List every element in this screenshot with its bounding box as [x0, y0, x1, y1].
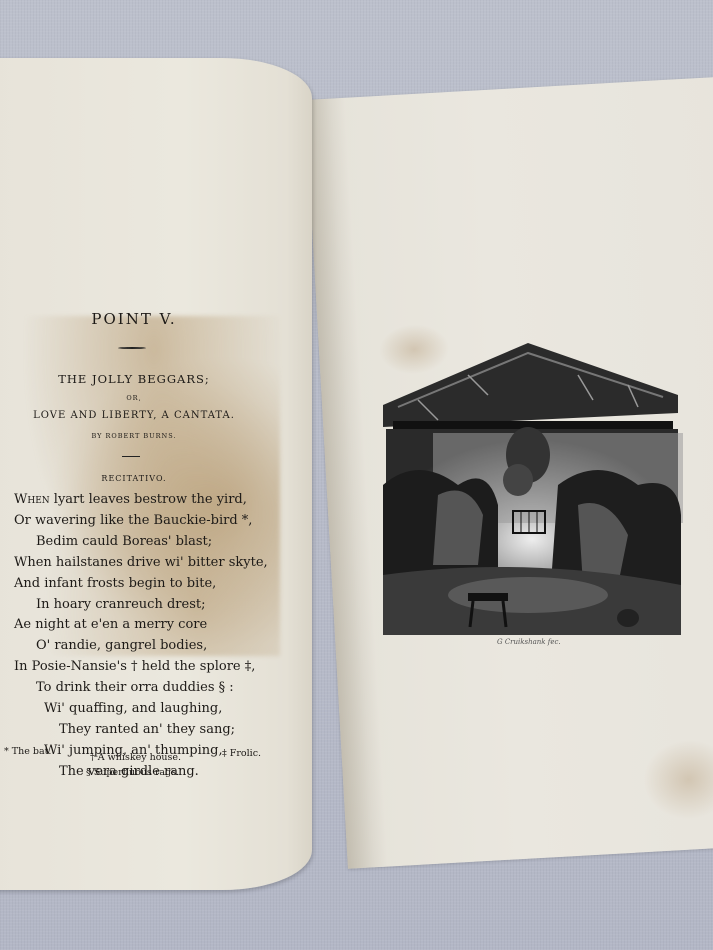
short-rule [122, 456, 140, 457]
verse-line: Or wavering like the Bauckie-bird *, [14, 511, 304, 532]
verse-line: When hailstanes drive wi' bitter skyte, [14, 553, 304, 574]
engraver-signature: G Cruikshank fec. [497, 638, 561, 646]
footnote-rags: § Superfluous rags. [86, 767, 179, 778]
foxing-stain [641, 737, 713, 822]
footnote-frolic: ‡ Frolic. [222, 748, 261, 759]
section-title: POINT V. [0, 310, 268, 328]
verse-line: Wi' quaffing, and laughing, [14, 699, 304, 720]
verse-line: And infant frosts begin to bite, [14, 574, 304, 595]
section-heading: RECITATIVO. [0, 474, 268, 483]
verse-line: To drink their orra duddies § : [14, 678, 304, 699]
or-connector: OR, [0, 394, 268, 402]
verse-line: When lyart leaves bestrow the yird, [14, 490, 304, 511]
verse-block: When lyart leaves bestrow the yird, Or w… [14, 490, 304, 783]
verse-line: In hoary cranreuch drest; [14, 595, 304, 616]
verse-line: Bedim cauld Boreas' blast; [14, 532, 304, 553]
poem-title: THE JOLLY BEGGARS; [0, 372, 268, 386]
verse-line: They ranted an' they sang; [14, 720, 304, 741]
verse-line: In Posie-Nansie's † held the splore ‡, [14, 657, 304, 678]
footnote-bat: * The bat. [4, 746, 51, 757]
footnote-whiskey: † A whiskey house. [90, 752, 181, 763]
drop-word: When [14, 492, 50, 507]
ornament-rule [118, 347, 146, 349]
poem-subtitle: LOVE AND LIBERTY, A CANTATA. [0, 410, 268, 421]
verse-line: Ae night at e'en a merry core [14, 615, 304, 636]
author-byline: BY ROBERT BURNS. [0, 432, 268, 440]
verse-text: lyart leaves bestrow the yird, [50, 492, 247, 507]
verse-line: O' randie, gangrel bodies, [14, 636, 304, 657]
engraving-illustration [378, 335, 683, 635]
